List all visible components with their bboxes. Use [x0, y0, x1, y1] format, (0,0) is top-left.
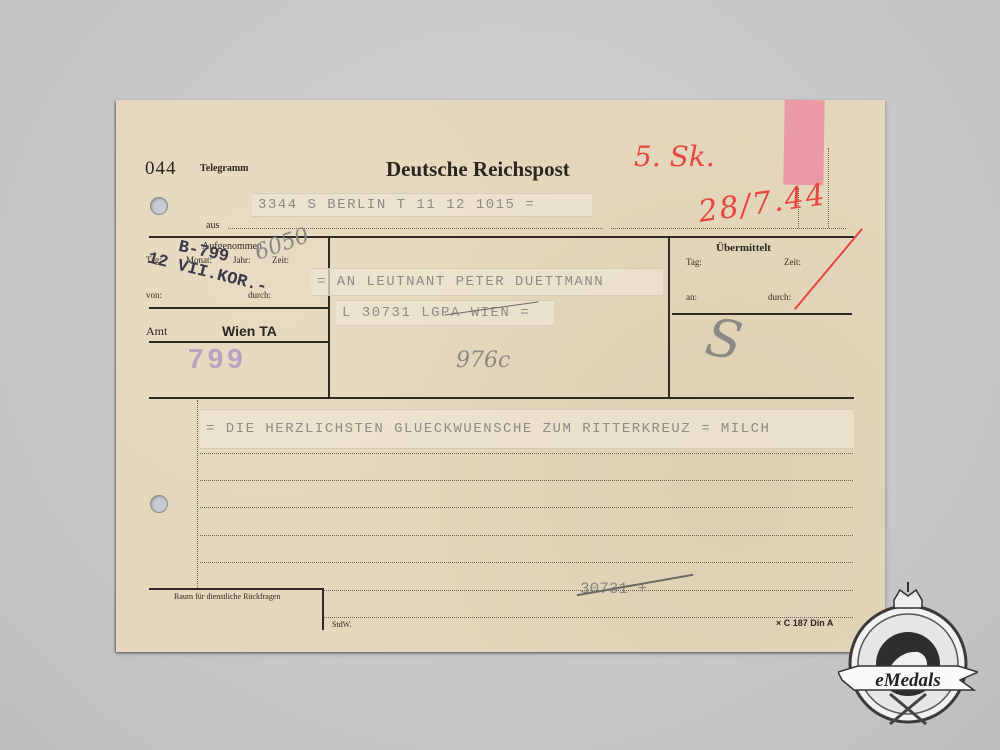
- message-line: [200, 507, 853, 508]
- message-line: [200, 453, 853, 454]
- form-code: × C 187 Din A: [776, 618, 833, 628]
- address-line-1: = AN LEUTNANT PETER DUETTMANN: [311, 268, 663, 296]
- pencil-note-right: S: [701, 307, 747, 372]
- purple-stamp-number: 799: [188, 343, 247, 375]
- emedals-watermark-logo: eMedals: [838, 582, 978, 732]
- red-note-date: 28/7.44: [696, 177, 829, 230]
- von-label: von:: [146, 290, 162, 300]
- left-box-rule-1: [149, 307, 329, 309]
- right-durch-label: durch:: [768, 292, 791, 302]
- message-line: [323, 617, 853, 618]
- aus-line: [228, 228, 603, 229]
- message-margin-line: [197, 400, 198, 588]
- top-rule: [149, 236, 854, 238]
- uebermittelt-title: Übermittelt: [716, 242, 771, 254]
- message-line: [200, 562, 853, 563]
- message-text: = DIE HERZLICHSTEN GLUECKWUENSCHE ZUM RI…: [200, 409, 854, 449]
- footer-rule: [149, 588, 323, 590]
- aus-label: aus: [206, 220, 219, 231]
- footer-separator: [322, 588, 324, 630]
- emedals-badge-icon: eMedals: [838, 582, 978, 732]
- dotted-vertical: [828, 148, 829, 228]
- header-typewriter-strip: 3344 S BERLIN T 11 12 1015 =: [252, 193, 592, 217]
- jahr-label: Jahr:: [233, 255, 251, 265]
- telegram-form: 044 Telegramm Deutsche Reichspost 3344 S…: [116, 100, 885, 652]
- section-rule: [149, 397, 854, 399]
- form-number: 044: [145, 158, 177, 180]
- right-zeit-label: Zeit:: [784, 257, 801, 267]
- right-separator: [668, 238, 670, 398]
- punch-hole-bottom: [150, 495, 168, 513]
- an-label: an:: [686, 292, 697, 302]
- form-type-label: Telegramm: [200, 163, 249, 174]
- punch-hole-top: [150, 197, 168, 215]
- red-stroke: [794, 228, 863, 310]
- amt-value: Wien TA: [222, 323, 277, 339]
- message-line: [200, 535, 853, 536]
- rueckfragen-label: Raum für dienstliche Rückfragen: [174, 592, 280, 601]
- left-separator: [328, 238, 330, 398]
- amt-label: Amt: [146, 324, 167, 339]
- message-line: [200, 480, 853, 481]
- issuer-title: Deutsche Reichspost: [386, 157, 570, 182]
- red-note-top: 5. Sk.: [634, 140, 715, 173]
- svg-text:eMedals: eMedals: [875, 670, 940, 691]
- right-tag-label: Tag:: [686, 257, 702, 267]
- right-box-rule: [672, 313, 852, 315]
- aus-line-right: [611, 228, 846, 229]
- pink-paper-tab: [783, 100, 824, 186]
- stdw-label: StdW.: [332, 620, 352, 629]
- pencil-note-center: 976c: [456, 348, 510, 373]
